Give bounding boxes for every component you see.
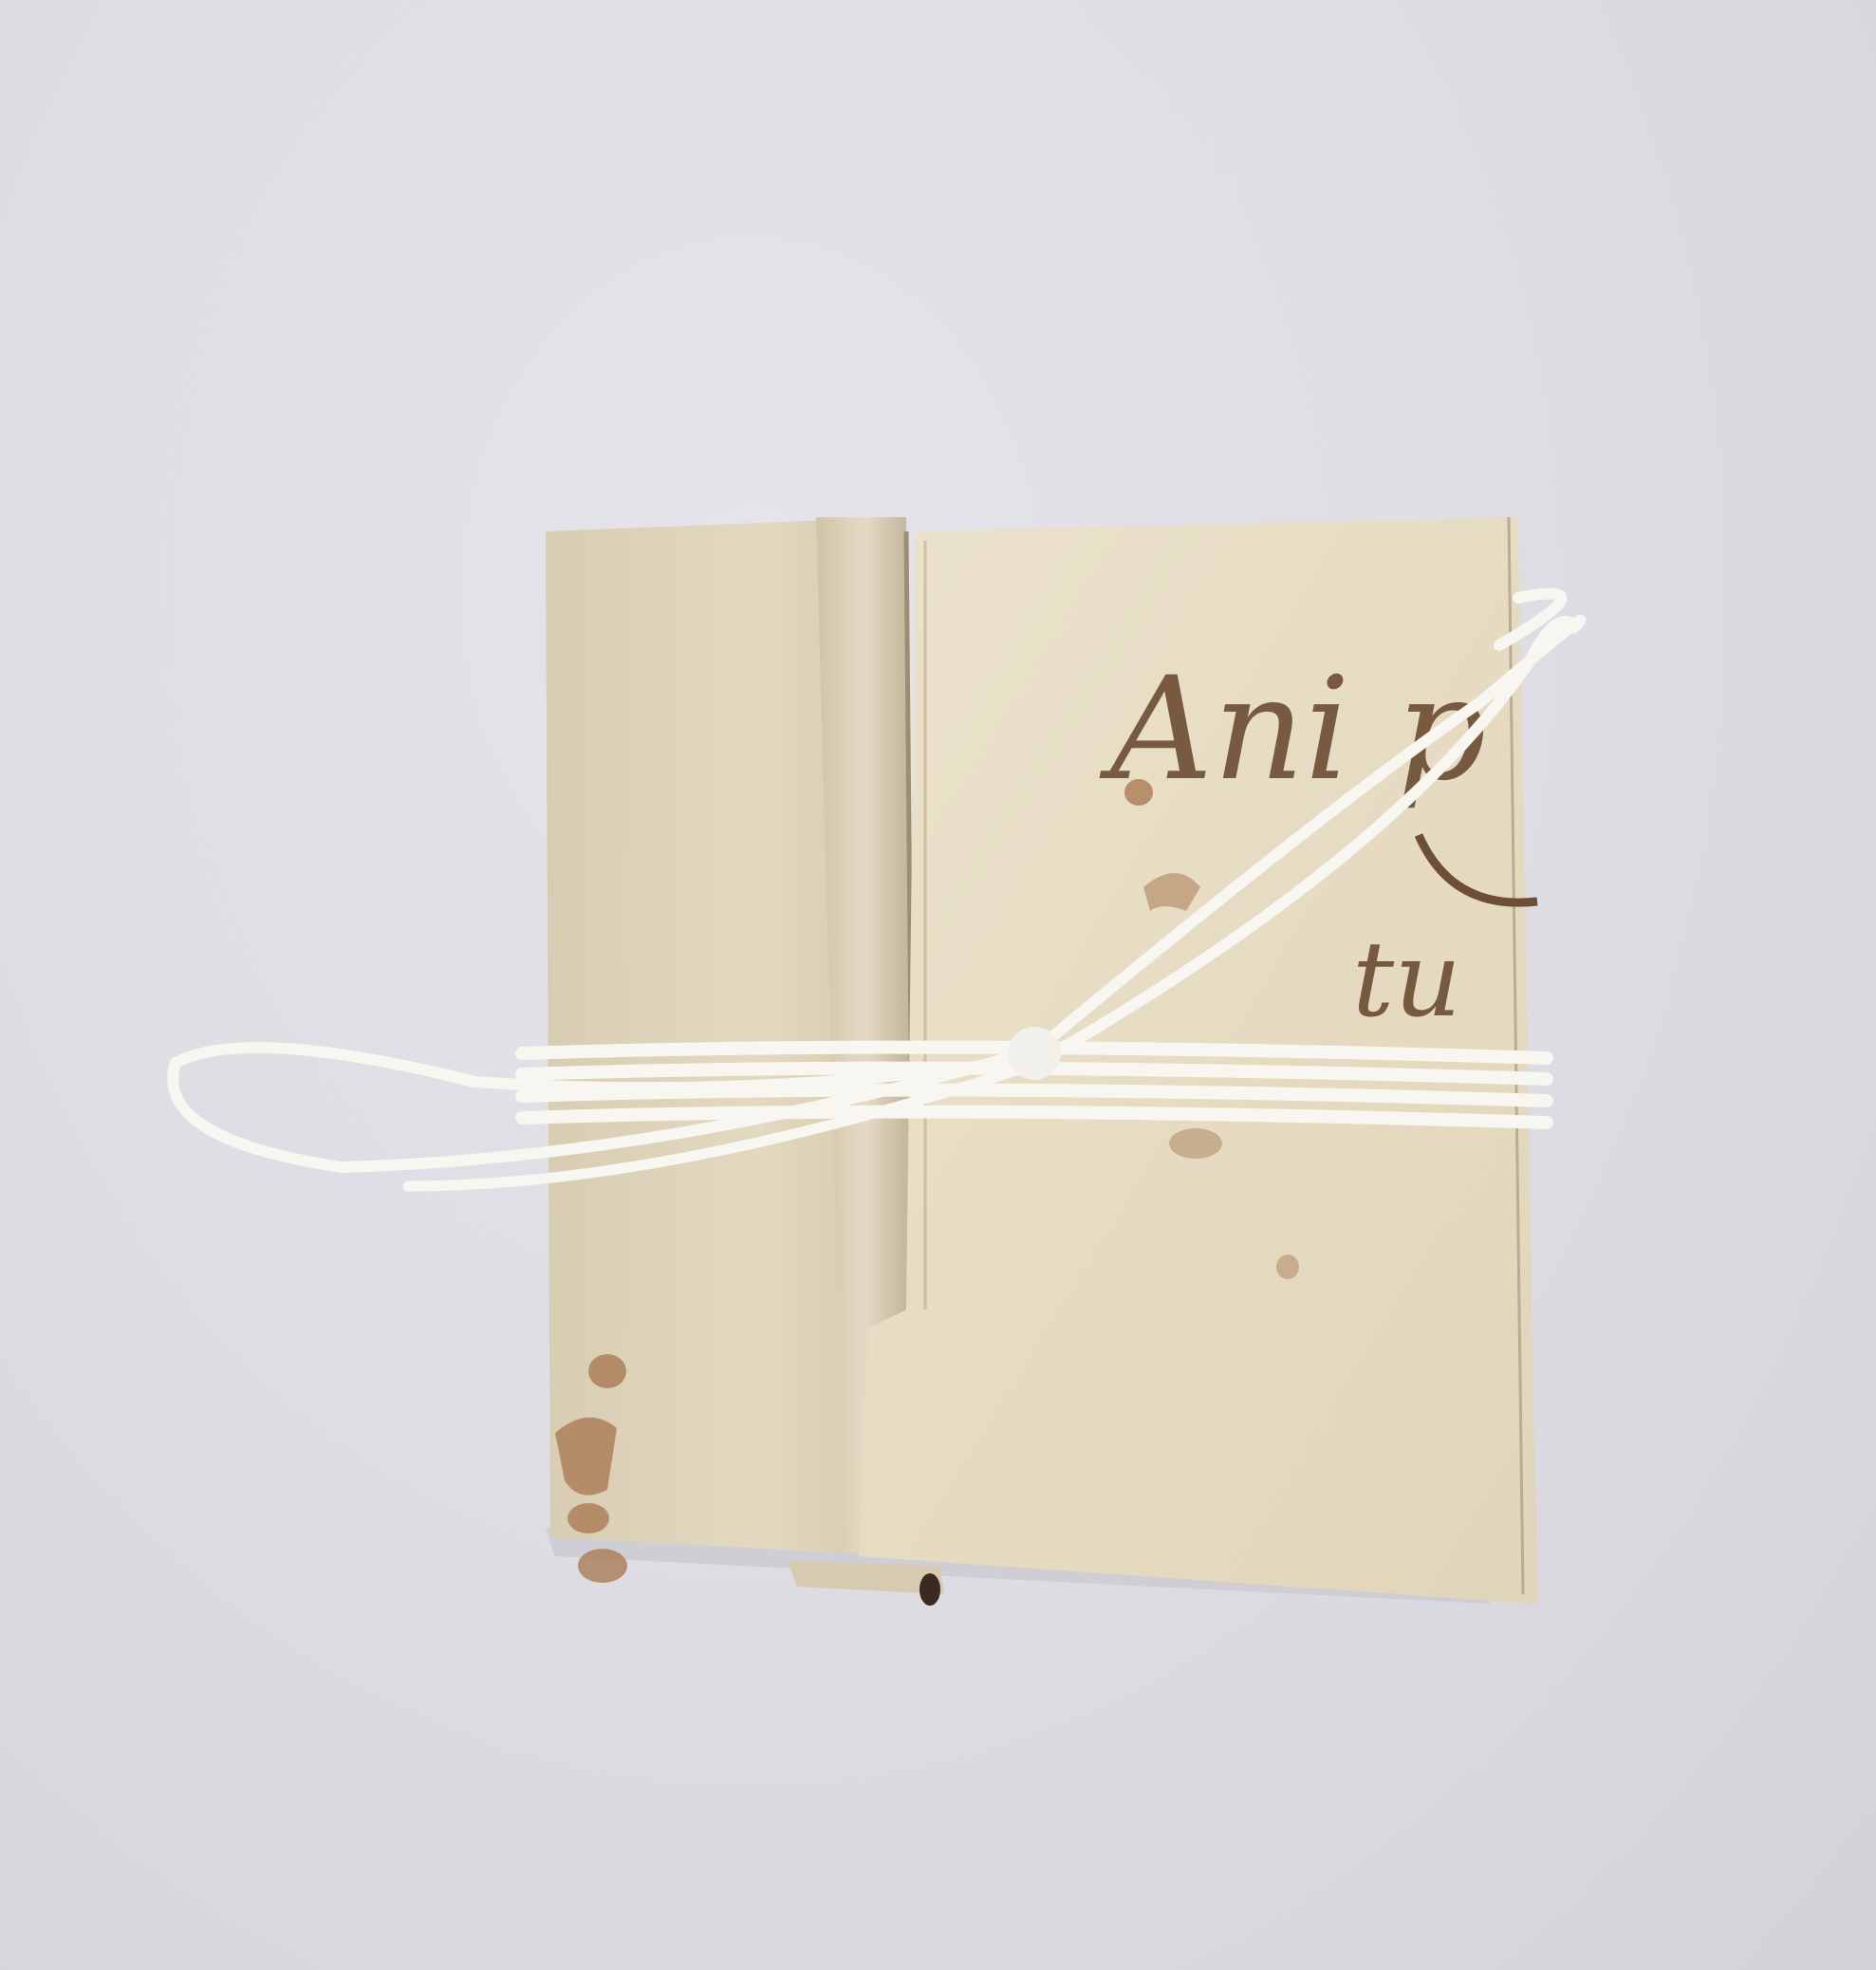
packet-bottom-tube (788, 1561, 944, 1606)
inscription-line-2: tu (1352, 919, 1461, 1040)
packet-photo: Ani p tu (0, 0, 1876, 1970)
packet-left-panel (546, 517, 916, 1556)
photo-scene: Small folded paper packet tied with whit… (0, 0, 1876, 1970)
string-knot (1008, 1027, 1061, 1080)
